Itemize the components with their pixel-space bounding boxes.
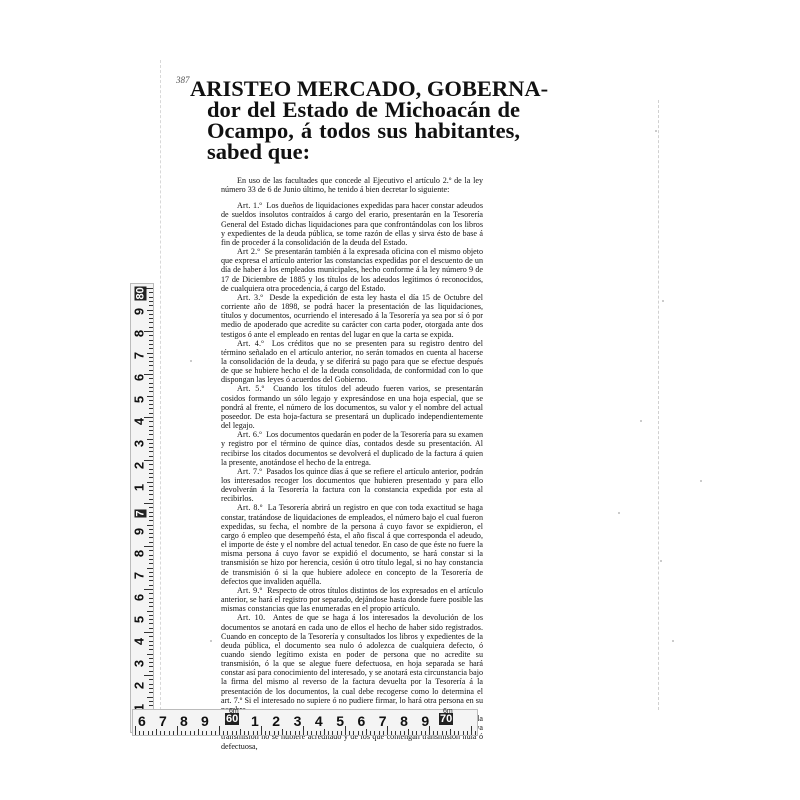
scan-speck xyxy=(655,130,657,132)
scan-speck xyxy=(662,300,664,302)
article-paragraph: Art. 10. Antes de que se haga á los inte… xyxy=(221,613,483,714)
ruler-tick xyxy=(387,726,388,735)
ruler-tick xyxy=(149,413,153,414)
ruler-tick xyxy=(149,327,153,328)
ruler-tick xyxy=(248,731,249,735)
ruler-tick xyxy=(198,729,199,735)
ruler-tick xyxy=(253,731,254,735)
ruler-tick xyxy=(149,671,153,672)
article-label: Art. 7.º xyxy=(237,467,262,476)
ruler-tick xyxy=(211,731,212,735)
ruler-tick xyxy=(149,322,153,323)
ruler-tick xyxy=(149,464,153,465)
ruler-tick xyxy=(149,598,153,599)
ruler-tick xyxy=(149,456,153,457)
ruler-tick xyxy=(290,731,291,735)
ruler-tick xyxy=(149,585,153,586)
ruler-tick xyxy=(149,692,153,693)
article-label: Art. 8.º xyxy=(237,503,263,512)
ruler-label: 9 xyxy=(421,713,429,729)
ruler-tick xyxy=(149,684,153,685)
ruler-tick xyxy=(147,654,153,655)
article-paragraph: Art. 1.º Los dueños de liquidaciones exp… xyxy=(221,201,483,247)
horizontal-ruler: 678960123456789706m6m xyxy=(132,709,478,736)
ruler-label: 3 xyxy=(132,657,147,671)
ruler-tick xyxy=(148,731,149,735)
ruler-label: 4 xyxy=(132,635,147,649)
ruler-tick xyxy=(149,421,153,422)
ruler-tick xyxy=(149,563,153,564)
ruler-tick xyxy=(149,292,153,293)
ruler-label: 8 xyxy=(180,713,188,729)
ruler-tick xyxy=(366,729,367,735)
intro-paragraph: En uso de las facultades que concede al … xyxy=(221,176,483,194)
ruler-tick xyxy=(149,705,153,706)
ruler-label: 6 xyxy=(132,591,147,605)
ruler-tick xyxy=(149,387,153,388)
article-label: Art. 10. xyxy=(237,613,265,622)
scan-speck xyxy=(190,360,192,362)
article-paragraph: Art. 7.º Pasados los quince días á que s… xyxy=(221,467,483,504)
ruler-tick xyxy=(149,486,153,487)
ruler-tick xyxy=(463,731,464,735)
ruler-label: 8 xyxy=(132,547,147,561)
ruler-tick xyxy=(149,477,153,478)
ruler-tick xyxy=(257,731,258,735)
ruler-tick xyxy=(433,731,434,735)
ruler-tick xyxy=(149,404,153,405)
ruler-tick xyxy=(149,576,153,577)
ruler-tick xyxy=(400,731,401,735)
ruler-tick xyxy=(353,731,354,735)
ruler-label: 2 xyxy=(132,679,147,693)
ruler-label: 3 xyxy=(132,437,147,451)
ruler-tick xyxy=(149,451,153,452)
article-label: Art. 9.º xyxy=(237,586,262,595)
ruler-label: 6 xyxy=(138,713,146,729)
ruler-tick xyxy=(149,606,153,607)
ruler-tick xyxy=(149,636,153,637)
ruler-tick xyxy=(149,400,153,401)
ruler-tick xyxy=(223,731,224,735)
ruler-label: 1 xyxy=(251,713,259,729)
ruler-tick xyxy=(149,537,153,538)
article-text: Se presentarán también á la expresada of… xyxy=(221,247,483,293)
ruler-tick xyxy=(147,310,153,311)
ruler-tick xyxy=(149,533,153,534)
ruler-tick xyxy=(149,357,153,358)
ruler-label: 5 xyxy=(336,713,344,729)
ruler-label: 7 xyxy=(159,713,167,729)
scan-speck xyxy=(210,640,212,642)
article-label: Art 2.º xyxy=(237,247,260,256)
ruler-tick xyxy=(332,731,333,735)
ruler-tick xyxy=(446,731,447,735)
page-number: 387 xyxy=(176,75,190,85)
ruler-tick xyxy=(421,731,422,735)
ruler-tick xyxy=(147,568,153,569)
ruler-tick xyxy=(149,447,153,448)
ruler-label: 7 xyxy=(132,349,147,363)
ruler-tick xyxy=(164,731,165,735)
ruler-tick xyxy=(149,512,153,513)
ruler-tick xyxy=(149,443,153,444)
ruler-tick xyxy=(143,731,144,735)
scan-speck xyxy=(660,560,662,562)
ruler-label: 9 xyxy=(132,525,147,539)
ruler-tick xyxy=(240,729,241,735)
ruler-tick xyxy=(149,361,153,362)
ruler-tick xyxy=(295,731,296,735)
ruler-tick xyxy=(149,383,153,384)
ruler-tick xyxy=(337,731,338,735)
ruler-label: 7 xyxy=(379,713,387,729)
ruler-label: 8 xyxy=(400,713,408,729)
ruler-tick xyxy=(149,593,153,594)
article-paragraph: Art. 3.º Desde la expedición de esta ley… xyxy=(221,293,483,339)
ruler-tick xyxy=(149,619,153,620)
ruler-tick xyxy=(147,611,153,612)
ruler-tick xyxy=(328,731,329,735)
ruler-tick xyxy=(149,348,153,349)
ruler-tick xyxy=(442,731,443,735)
ruler-tick xyxy=(265,731,266,735)
ruler-tick xyxy=(425,731,426,735)
ruler-tick xyxy=(149,615,153,616)
ruler-tick xyxy=(149,301,153,302)
ruler-tick xyxy=(149,340,153,341)
ruler-tick xyxy=(236,731,237,735)
ruler-label: 7 xyxy=(132,507,147,521)
document-title: ARISTEO MERCADO, GOBERNA- dor del Estado… xyxy=(190,78,520,162)
ruler-tick xyxy=(307,731,308,735)
ruler-tick xyxy=(299,731,300,735)
ruler-tick xyxy=(147,396,153,397)
ruler-tick xyxy=(149,688,153,689)
ruler-tick xyxy=(160,731,161,735)
ruler-tick xyxy=(149,494,153,495)
ruler-tick xyxy=(219,726,220,735)
ruler-tick xyxy=(149,434,153,435)
ruler-tick xyxy=(149,649,153,650)
ruler-tick xyxy=(215,731,216,735)
ruler-tick xyxy=(147,439,153,440)
ruler-tick xyxy=(144,503,153,504)
ruler-tick xyxy=(358,731,359,735)
ruler-tick xyxy=(139,731,140,735)
ruler-tick xyxy=(391,731,392,735)
ruler-tick xyxy=(185,731,186,735)
ruler-tick xyxy=(341,731,342,735)
ruler-tick xyxy=(149,426,153,427)
ruler-tick xyxy=(135,726,136,735)
ruler-tick xyxy=(149,408,153,409)
scan-speck xyxy=(672,640,674,642)
ruler-tick xyxy=(149,550,153,551)
ruler-tick xyxy=(147,697,153,698)
title-line-1: ARISTEO MERCADO, GOBERNA- xyxy=(190,78,520,99)
ruler-tick xyxy=(349,731,350,735)
article-paragraph: Art. 8.º La Tesorería abrirá un registro… xyxy=(221,503,483,585)
ruler-tick xyxy=(274,731,275,735)
ruler-tick xyxy=(395,731,396,735)
ruler-tick xyxy=(149,516,153,517)
ruler-tick xyxy=(149,469,153,470)
ruler-tick xyxy=(181,731,182,735)
ruler-tick xyxy=(202,731,203,735)
vertical-ruler: 80987654321798765432190 xyxy=(130,283,154,733)
ruler-label: 6 xyxy=(132,371,147,385)
ruler-tick xyxy=(379,731,380,735)
ruler-tick xyxy=(383,731,384,735)
page-edge-right xyxy=(658,100,660,710)
ruler-tick xyxy=(282,729,283,735)
ruler-tick xyxy=(149,580,153,581)
ruler-tick xyxy=(149,473,153,474)
ruler-tick xyxy=(149,305,153,306)
ruler-tick xyxy=(374,731,375,735)
ruler-unit-label: 6m xyxy=(229,708,239,715)
ruler-tick xyxy=(450,729,451,735)
ruler-tick xyxy=(303,726,304,735)
article-paragraph: Art. 5.º Cuando los títulos del adeudo f… xyxy=(221,384,483,430)
ruler-tick xyxy=(311,731,312,735)
scan-speck xyxy=(700,480,702,482)
article-label: Art. 3.º xyxy=(237,293,263,302)
ruler-tick xyxy=(269,731,270,735)
ruler-tick xyxy=(144,675,153,676)
ruler-label: 5 xyxy=(132,393,147,407)
ruler-tick xyxy=(149,378,153,379)
ruler-tick xyxy=(149,365,153,366)
ruler-tick xyxy=(149,572,153,573)
ruler-label: 8 xyxy=(132,327,147,341)
ruler-tick xyxy=(152,731,153,735)
ruler-label: 80 xyxy=(132,287,147,301)
ruler-tick xyxy=(149,658,153,659)
ruler-label: 4 xyxy=(315,713,323,729)
ruler-tick xyxy=(261,726,262,735)
ruler-tick xyxy=(169,731,170,735)
ruler-tick xyxy=(320,731,321,735)
article-text: Antes de que se haga á los interesados l… xyxy=(221,613,483,714)
ruler-tick xyxy=(149,529,153,530)
ruler-tick xyxy=(149,344,153,345)
ruler-tick xyxy=(144,632,153,633)
ruler-tick xyxy=(416,731,417,735)
ruler-tick xyxy=(244,731,245,735)
ruler-label: 2 xyxy=(132,459,147,473)
article-paragraph: Art. 9.º Respecto de otros títulos disti… xyxy=(221,586,483,613)
title-rest: dor del Estado de Michoacán de Ocampo, á… xyxy=(190,99,520,162)
scan-speck xyxy=(618,512,620,514)
ruler-tick xyxy=(437,731,438,735)
article-paragraph: Art 2.º Se presentarán también á la expr… xyxy=(221,247,483,293)
ruler-tick xyxy=(147,525,153,526)
ruler-tick xyxy=(206,731,207,735)
ruler-tick xyxy=(149,623,153,624)
ruler-tick xyxy=(149,641,153,642)
ruler-label: 7 xyxy=(132,569,147,583)
ruler-label: 5 xyxy=(132,613,147,627)
scan-speck xyxy=(640,420,642,422)
ruler-tick xyxy=(370,731,371,735)
ruler-tick xyxy=(149,490,153,491)
ruler-label: 2 xyxy=(272,713,280,729)
ruler-tick xyxy=(194,731,195,735)
ruler-label: 6 xyxy=(358,713,366,729)
ruler-tick xyxy=(471,726,472,735)
ruler-tick xyxy=(149,520,153,521)
ruler-tick xyxy=(149,679,153,680)
ruler-tick xyxy=(324,729,325,735)
ruler-tick xyxy=(278,731,279,735)
ruler-tick xyxy=(177,726,178,735)
ruler-tick xyxy=(227,731,228,735)
ruler-tick xyxy=(149,297,153,298)
ruler-tick xyxy=(362,731,363,735)
article-label: Art. 4.º xyxy=(237,339,264,348)
ruler-tick xyxy=(190,731,191,735)
ruler-tick xyxy=(149,499,153,500)
ruler-label: 9 xyxy=(132,305,147,319)
ruler-tick xyxy=(404,731,405,735)
ruler-tick xyxy=(149,666,153,667)
ruler-tick xyxy=(149,645,153,646)
article-label: Art. 6.º xyxy=(237,430,262,439)
ruler-tick xyxy=(149,701,153,702)
ruler-label: 1 xyxy=(132,481,147,495)
document-body: En uso de las facultades que concede al … xyxy=(221,176,483,751)
ruler-tick xyxy=(412,731,413,735)
article-label: Art. 1.º xyxy=(237,201,262,210)
ruler-label: 9 xyxy=(201,713,209,729)
ruler-tick xyxy=(232,731,233,735)
ruler-tick xyxy=(149,391,153,392)
ruler-label: 3 xyxy=(294,713,302,729)
article-paragraph: Art. 6.º Los documentos quedarán en pode… xyxy=(221,430,483,467)
ruler-tick xyxy=(316,731,317,735)
ruler-tick xyxy=(173,731,174,735)
ruler-tick xyxy=(149,662,153,663)
ruler-tick xyxy=(149,370,153,371)
page-edge-left xyxy=(160,60,162,715)
ruler-tick xyxy=(149,507,153,508)
ruler-tick xyxy=(467,731,468,735)
ruler-tick xyxy=(149,318,153,319)
ruler-tick xyxy=(156,729,157,735)
ruler-tick xyxy=(454,731,455,735)
ruler-tick xyxy=(149,602,153,603)
ruler-tick xyxy=(147,482,153,483)
ruler-tick xyxy=(286,731,287,735)
ruler-tick xyxy=(408,729,409,735)
ruler-unit-label: 6m xyxy=(443,708,453,715)
ruler-tick xyxy=(149,555,153,556)
article-label: Art. 5.º xyxy=(237,384,264,393)
ruler-tick xyxy=(345,726,346,735)
ruler-tick xyxy=(149,335,153,336)
ruler-tick xyxy=(149,314,153,315)
ruler-tick xyxy=(149,559,153,560)
ruler-tick xyxy=(475,731,476,735)
ruler-tick xyxy=(149,628,153,629)
ruler-label: 4 xyxy=(132,415,147,429)
article-text: La Tesorería abrirá un registro en que c… xyxy=(221,503,483,585)
ruler-tick xyxy=(458,731,459,735)
ruler-tick xyxy=(149,542,153,543)
ruler-tick xyxy=(147,353,153,354)
article-paragraph: Art. 4.º Los créditos que no se presente… xyxy=(221,339,483,385)
ruler-tick xyxy=(149,430,153,431)
